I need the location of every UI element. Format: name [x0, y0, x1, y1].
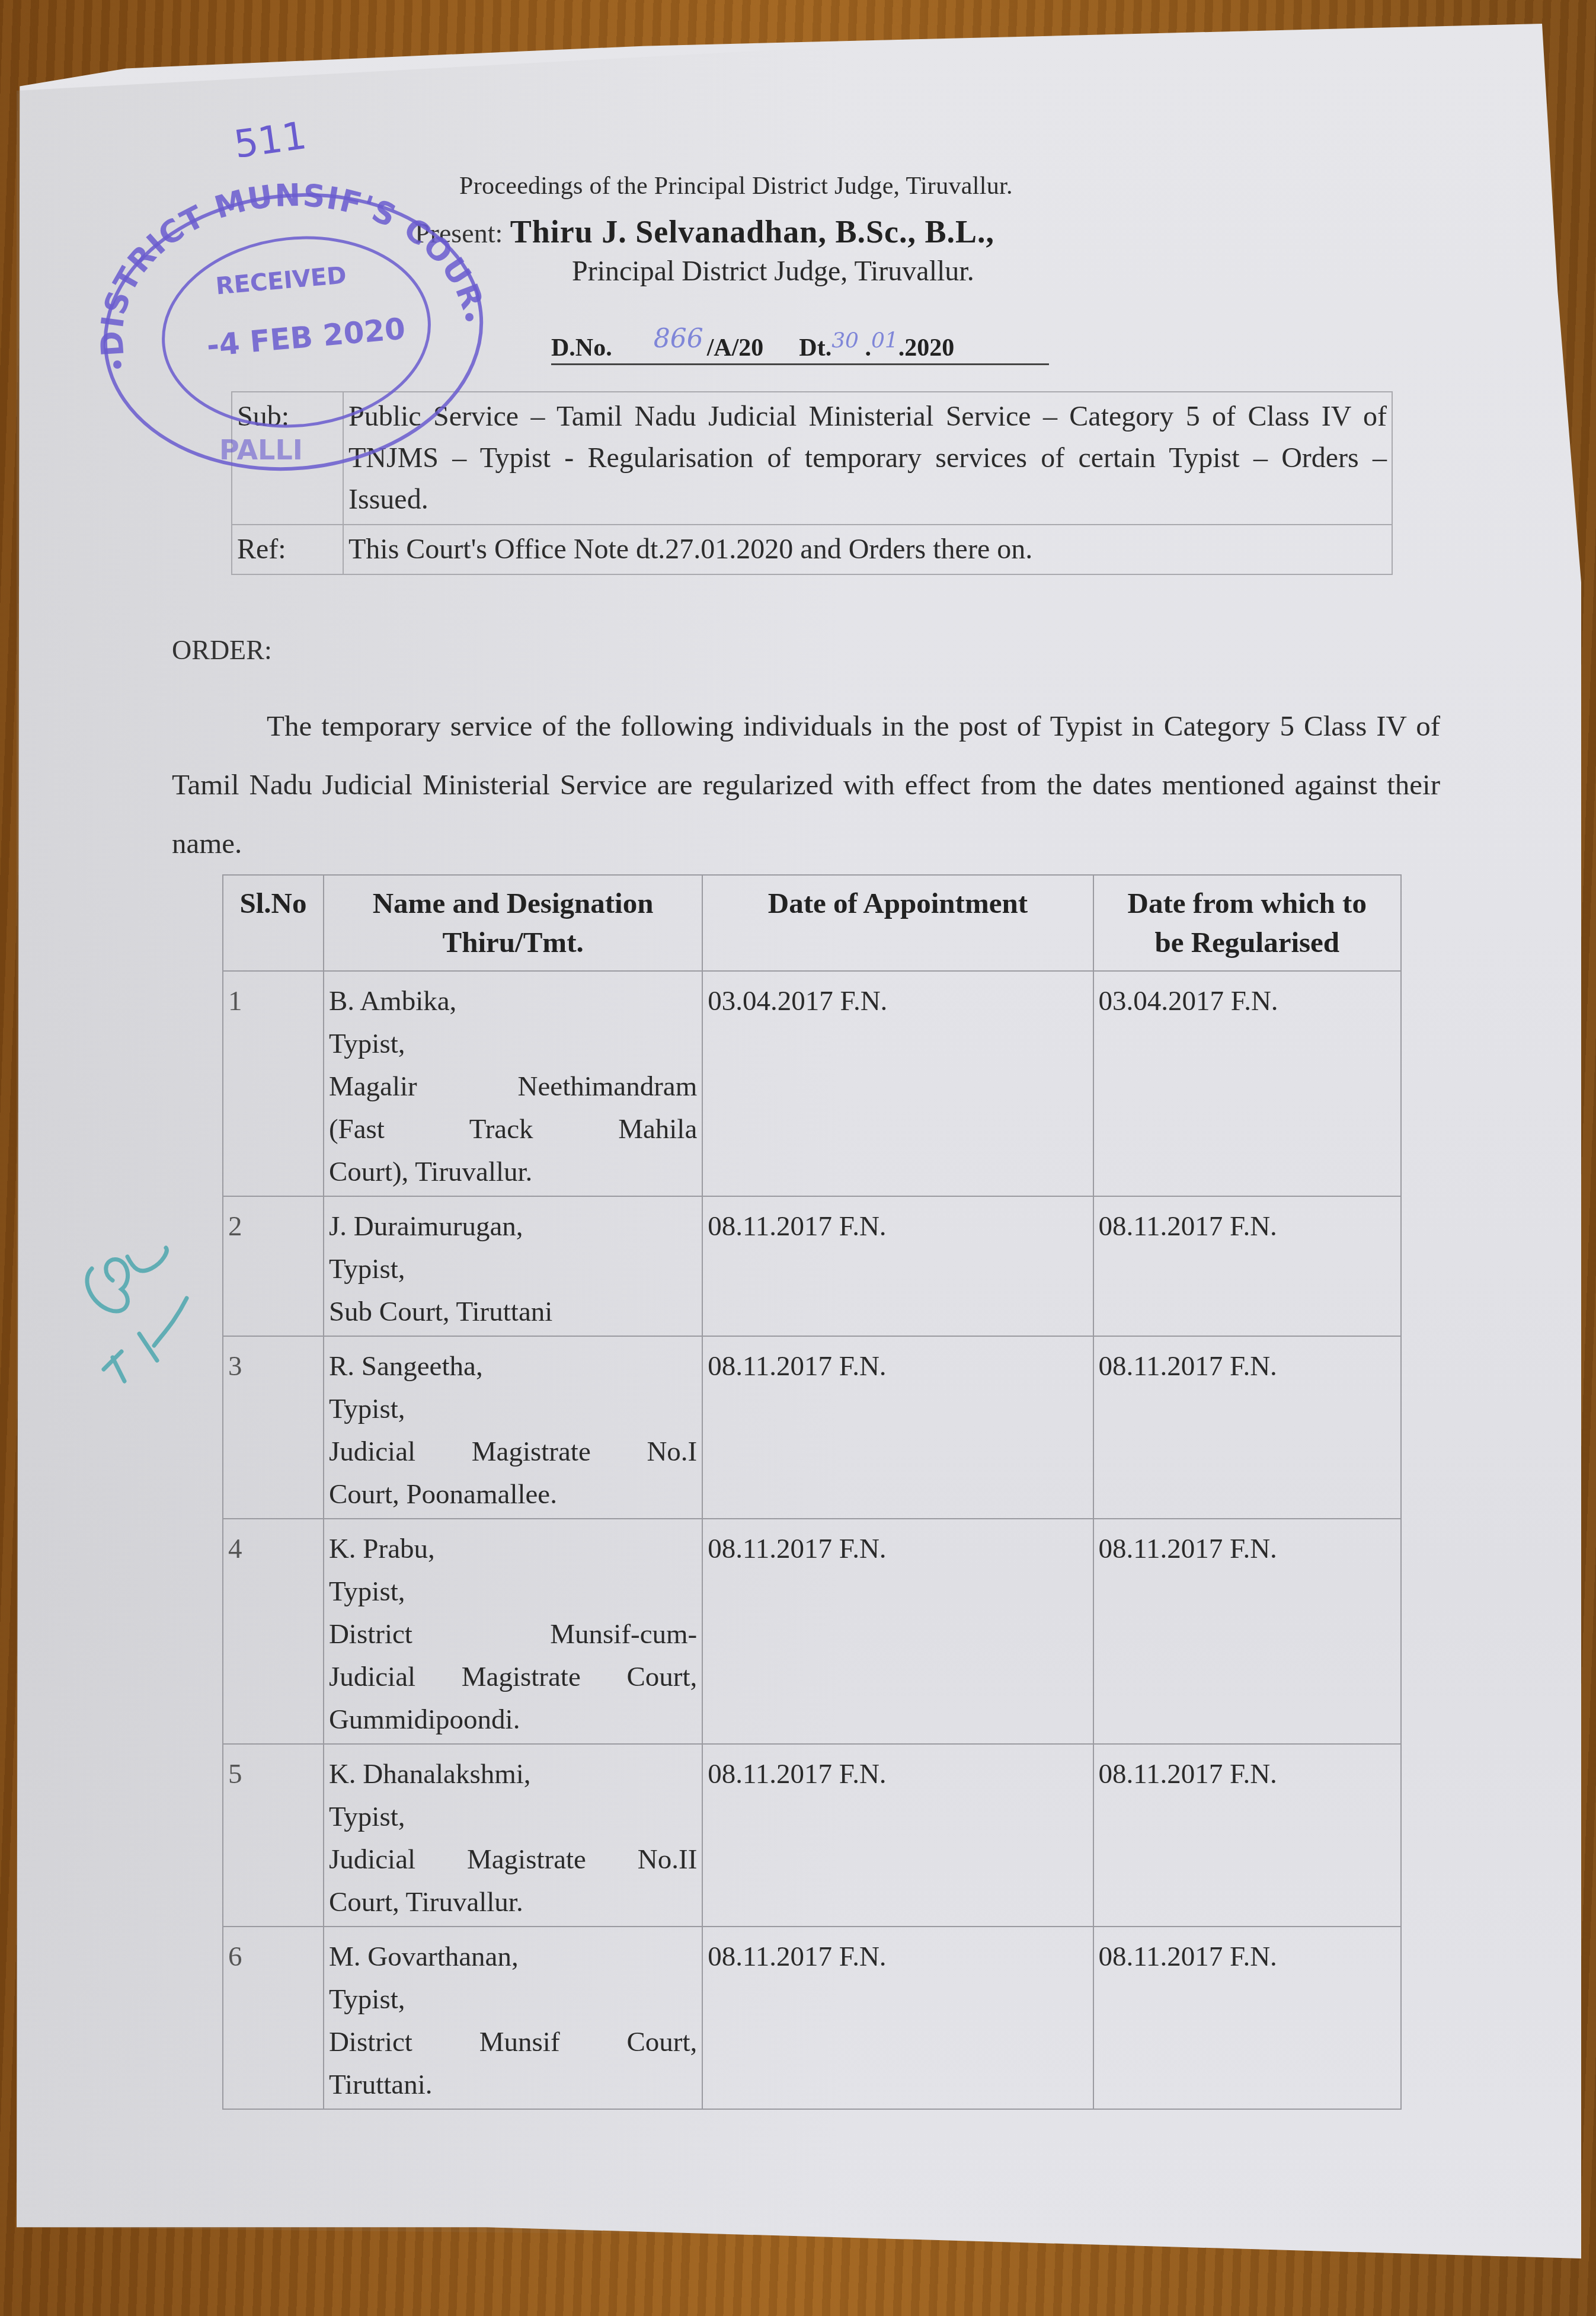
judge-designation: Principal District Judge, Tiruvallur. [572, 255, 974, 287]
order-heading: ORDER: [172, 634, 272, 666]
margin-note-text: BL 7/2/2020 [56, 1233, 60, 1234]
dated-month-handwritten: 01 [871, 328, 898, 353]
cell-date-appointment: 08.11.2017 F.N. [702, 1336, 1093, 1519]
cell-slno: 4 [223, 1519, 324, 1744]
cell-slno: 6 [223, 1927, 324, 2109]
cell-name-designation: B. Ambika,Typist,Magalir Neethimandram(F… [324, 971, 702, 1196]
header-date-regularised: Date from which to be Regularised [1093, 875, 1401, 971]
present-line: Present: Thiru J. Selvanadhan, B.Sc., B.… [415, 213, 994, 250]
disposal-number-line: D.No. 866 /A/20 Dt. 30 . 01 .2020 [551, 332, 1049, 365]
table-row: 4K. Prabu,Typist,District Munsif-cum-Jud… [223, 1519, 1401, 1744]
received-stamp-icon: DISTRICT MUNSIF'S COURT RECEIVED -4 FEB … [83, 160, 498, 492]
table-row: 5K. Dhanalakshmi,Typist,Judicial Magistr… [223, 1744, 1401, 1927]
cell-name-designation: K. Prabu,Typist,District Munsif-cum-Judi… [324, 1519, 702, 1744]
handwritten-initials-icon: BL 7/2/2020 [56, 1233, 199, 1411]
proceedings-heading: Proceedings of the Principal District Ju… [459, 172, 1013, 200]
cell-slno: 3 [223, 1336, 324, 1519]
designation-line: District Munsif-cum- [329, 1613, 697, 1656]
designation-line: Judicial Magistrate No.II [329, 1838, 697, 1881]
designation-line: Magalir Neethimandram [329, 1065, 697, 1108]
designation-line: (Fast Track Mahila [329, 1108, 697, 1151]
table-row: 3R. Sangeetha,Typist,Judicial Magistrate… [223, 1336, 1401, 1519]
reference-label: Ref: [232, 525, 343, 574]
dno-handwritten-number: 866 [654, 324, 703, 354]
reference-text: This Court's Office Note dt.27.01.2020 a… [343, 525, 1392, 574]
stamp-date: -4 FEB 2020 [205, 311, 407, 363]
subject-text: Public Service – Tamil Nadu Judicial Min… [343, 392, 1392, 525]
cell-date-appointment: 03.04.2017 F.N. [702, 971, 1093, 1196]
cell-date-regularised: 08.11.2017 F.N. [1093, 1744, 1401, 1927]
employee-name: M. Govarthanan, [329, 1935, 697, 1978]
designation-line: Sub Court, Tiruttani [329, 1290, 697, 1333]
cell-date-appointment: 08.11.2017 F.N. [702, 1519, 1093, 1744]
dno-label: D.No. [551, 334, 612, 362]
dated-day-handwritten: 30 [831, 328, 859, 353]
designation-line: Tiruttani. [329, 2063, 697, 2106]
designation-line: Typist, [329, 1248, 697, 1290]
designation-line: Typist, [329, 1978, 697, 2021]
reference-row: Ref: This Court's Office Note dt.27.01.2… [232, 525, 1392, 574]
designation-line: Court, Poonamallee. [329, 1473, 697, 1516]
cell-slno: 5 [223, 1744, 324, 1927]
table-row: 6M. Govarthanan,Typist,District Munsif C… [223, 1927, 1401, 2109]
header-name-designation: Name and Designation Thiru/Tmt. [324, 875, 702, 971]
header-name-line2: Thiru/Tmt. [328, 923, 698, 962]
dated-label: Dt. [799, 334, 831, 362]
designation-line: Judicial Magistrate Court, [329, 1656, 697, 1698]
cell-date-regularised: 08.11.2017 F.N. [1093, 1927, 1401, 2109]
employee-name: B. Ambika, [329, 980, 697, 1023]
cell-date-regularised: 03.04.2017 F.N. [1093, 971, 1401, 1196]
designation-line: District Munsif Court, [329, 2021, 697, 2063]
cell-date-appointment: 08.11.2017 F.N. [702, 1927, 1093, 2109]
employee-name: K. Dhanalakshmi, [329, 1753, 697, 1796]
cell-date-appointment: 08.11.2017 F.N. [702, 1196, 1093, 1336]
designation-line: Gummidipoondi. [329, 1698, 697, 1741]
order-paragraph: The temporary service of the following i… [172, 697, 1440, 873]
cell-name-designation: R. Sangeetha,Typist,Judicial Magistrate … [324, 1336, 702, 1519]
cell-name-designation: M. Govarthanan,Typist,District Munsif Co… [324, 1927, 702, 2109]
table-row: 2J. Duraimurugan,Typist,Sub Court, Tirut… [223, 1196, 1401, 1336]
header-slno: Sl.No [223, 875, 324, 971]
designation-line: Judicial Magistrate No.I [329, 1430, 697, 1473]
employee-name: K. Prabu, [329, 1528, 697, 1570]
designation-line: Court, Tiruvallur. [329, 1881, 697, 1924]
designation-line: Typist, [329, 1388, 697, 1430]
cell-date-appointment: 08.11.2017 F.N. [702, 1744, 1093, 1927]
designation-line: Typist, [329, 1023, 697, 1065]
header-date-appointment: Date of Appointment [702, 875, 1093, 971]
designation-line: Typist, [329, 1796, 697, 1838]
judge-name: Thiru J. Selvanadhan, B.Sc., B.L., [510, 214, 994, 250]
cell-name-designation: J. Duraimurugan,Typist,Sub Court, Tirutt… [324, 1196, 702, 1336]
cell-slno: 2 [223, 1196, 324, 1336]
cell-date-regularised: 08.11.2017 F.N. [1093, 1196, 1401, 1336]
cell-slno: 1 [223, 971, 324, 1196]
designation-line: Court), Tiruvallur. [329, 1151, 697, 1193]
header-regularised-line1: Date from which to [1098, 884, 1397, 923]
regularisation-table: Sl.No Name and Designation Thiru/Tmt. Da… [222, 874, 1402, 2110]
stamp-bottom-text: PALLI [219, 434, 303, 466]
cell-name-designation: K. Dhanalakshmi,Typist,Judicial Magistra… [324, 1744, 702, 1927]
stamp-status: RECEIVED [215, 261, 347, 300]
employee-name: J. Duraimurugan, [329, 1205, 697, 1248]
dno-suffix: /A/20 [707, 334, 764, 362]
table-header-row: Sl.No Name and Designation Thiru/Tmt. Da… [223, 875, 1401, 971]
cell-date-regularised: 08.11.2017 F.N. [1093, 1519, 1401, 1744]
employee-name: R. Sangeetha, [329, 1345, 697, 1388]
header-name-line1: Name and Designation [328, 884, 698, 923]
designation-line: Typist, [329, 1570, 697, 1613]
table-row: 1B. Ambika,Typist,Magalir Neethimandram(… [223, 971, 1401, 1196]
dated-year: .2020 [898, 334, 955, 362]
header-regularised-line2: be Regularised [1098, 923, 1397, 962]
cell-date-regularised: 08.11.2017 F.N. [1093, 1336, 1401, 1519]
